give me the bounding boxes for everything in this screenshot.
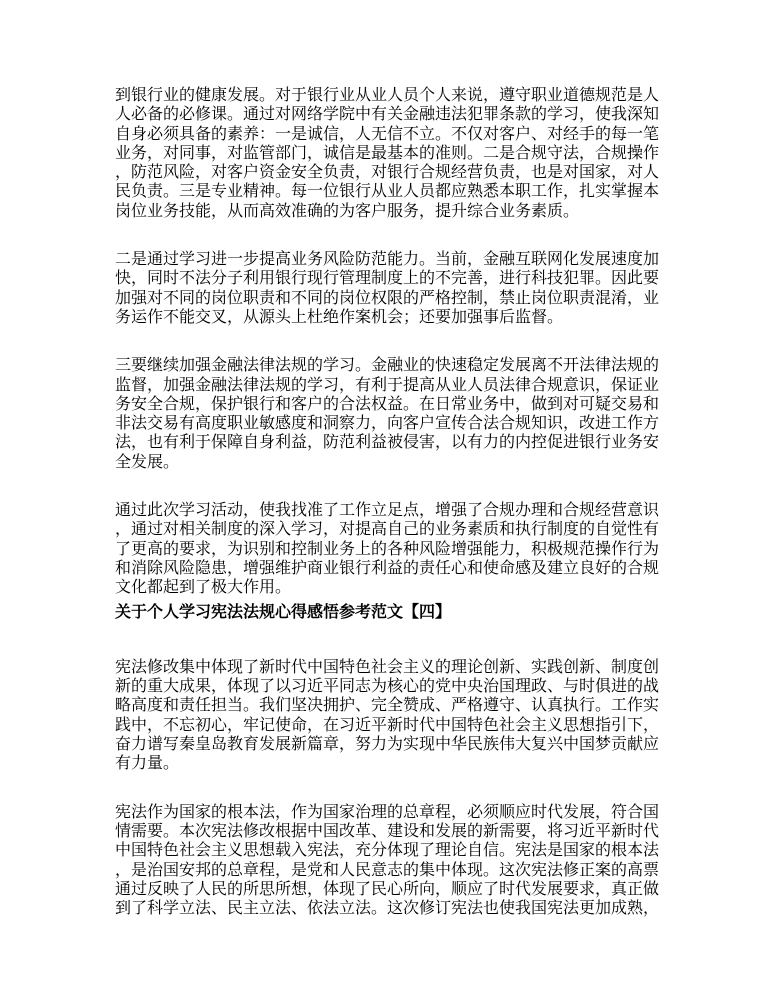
paragraph-constitution-fundamental-law: 宪法作为国家的根本法，作为国家治理的总章程，必须顺应时代发展，符合国情需要。本次… [115, 803, 659, 919]
paragraph-professional-ethics: 到银行业的健康发展。对于银行业从业人员个人来说，遵守职业道德规范是人人必备的必修… [115, 86, 659, 221]
paragraph-learning-summary: 通过此次学习活动，使我找准了工作立足点，增强了合规办理和合规经营意识，通过对相关… [115, 501, 659, 597]
paragraph-constitution-amendment: 宪法修改集中体现了新时代中国特色社会主义的理论创新、实践创新、制度创新的重大成果… [115, 658, 659, 774]
paragraph-risk-prevention: 二是通过学习进一步提高业务风险防范能力。当前，金融互联网化发展速度加快，同时不法… [115, 250, 659, 327]
paragraph-financial-law-study: 三要继续加强金融法律法规的学习。金融业的快速稳定发展离不开法律法规的监督，加强金… [115, 356, 659, 472]
document-page: 到银行业的健康发展。对于银行业从业人员个人来说，遵守职业道德规范是人人必备的必修… [0, 0, 770, 1000]
section-heading-sample-essay-four: 关于个人学习宪法法规心得感悟参考范文【四】 [115, 603, 659, 622]
